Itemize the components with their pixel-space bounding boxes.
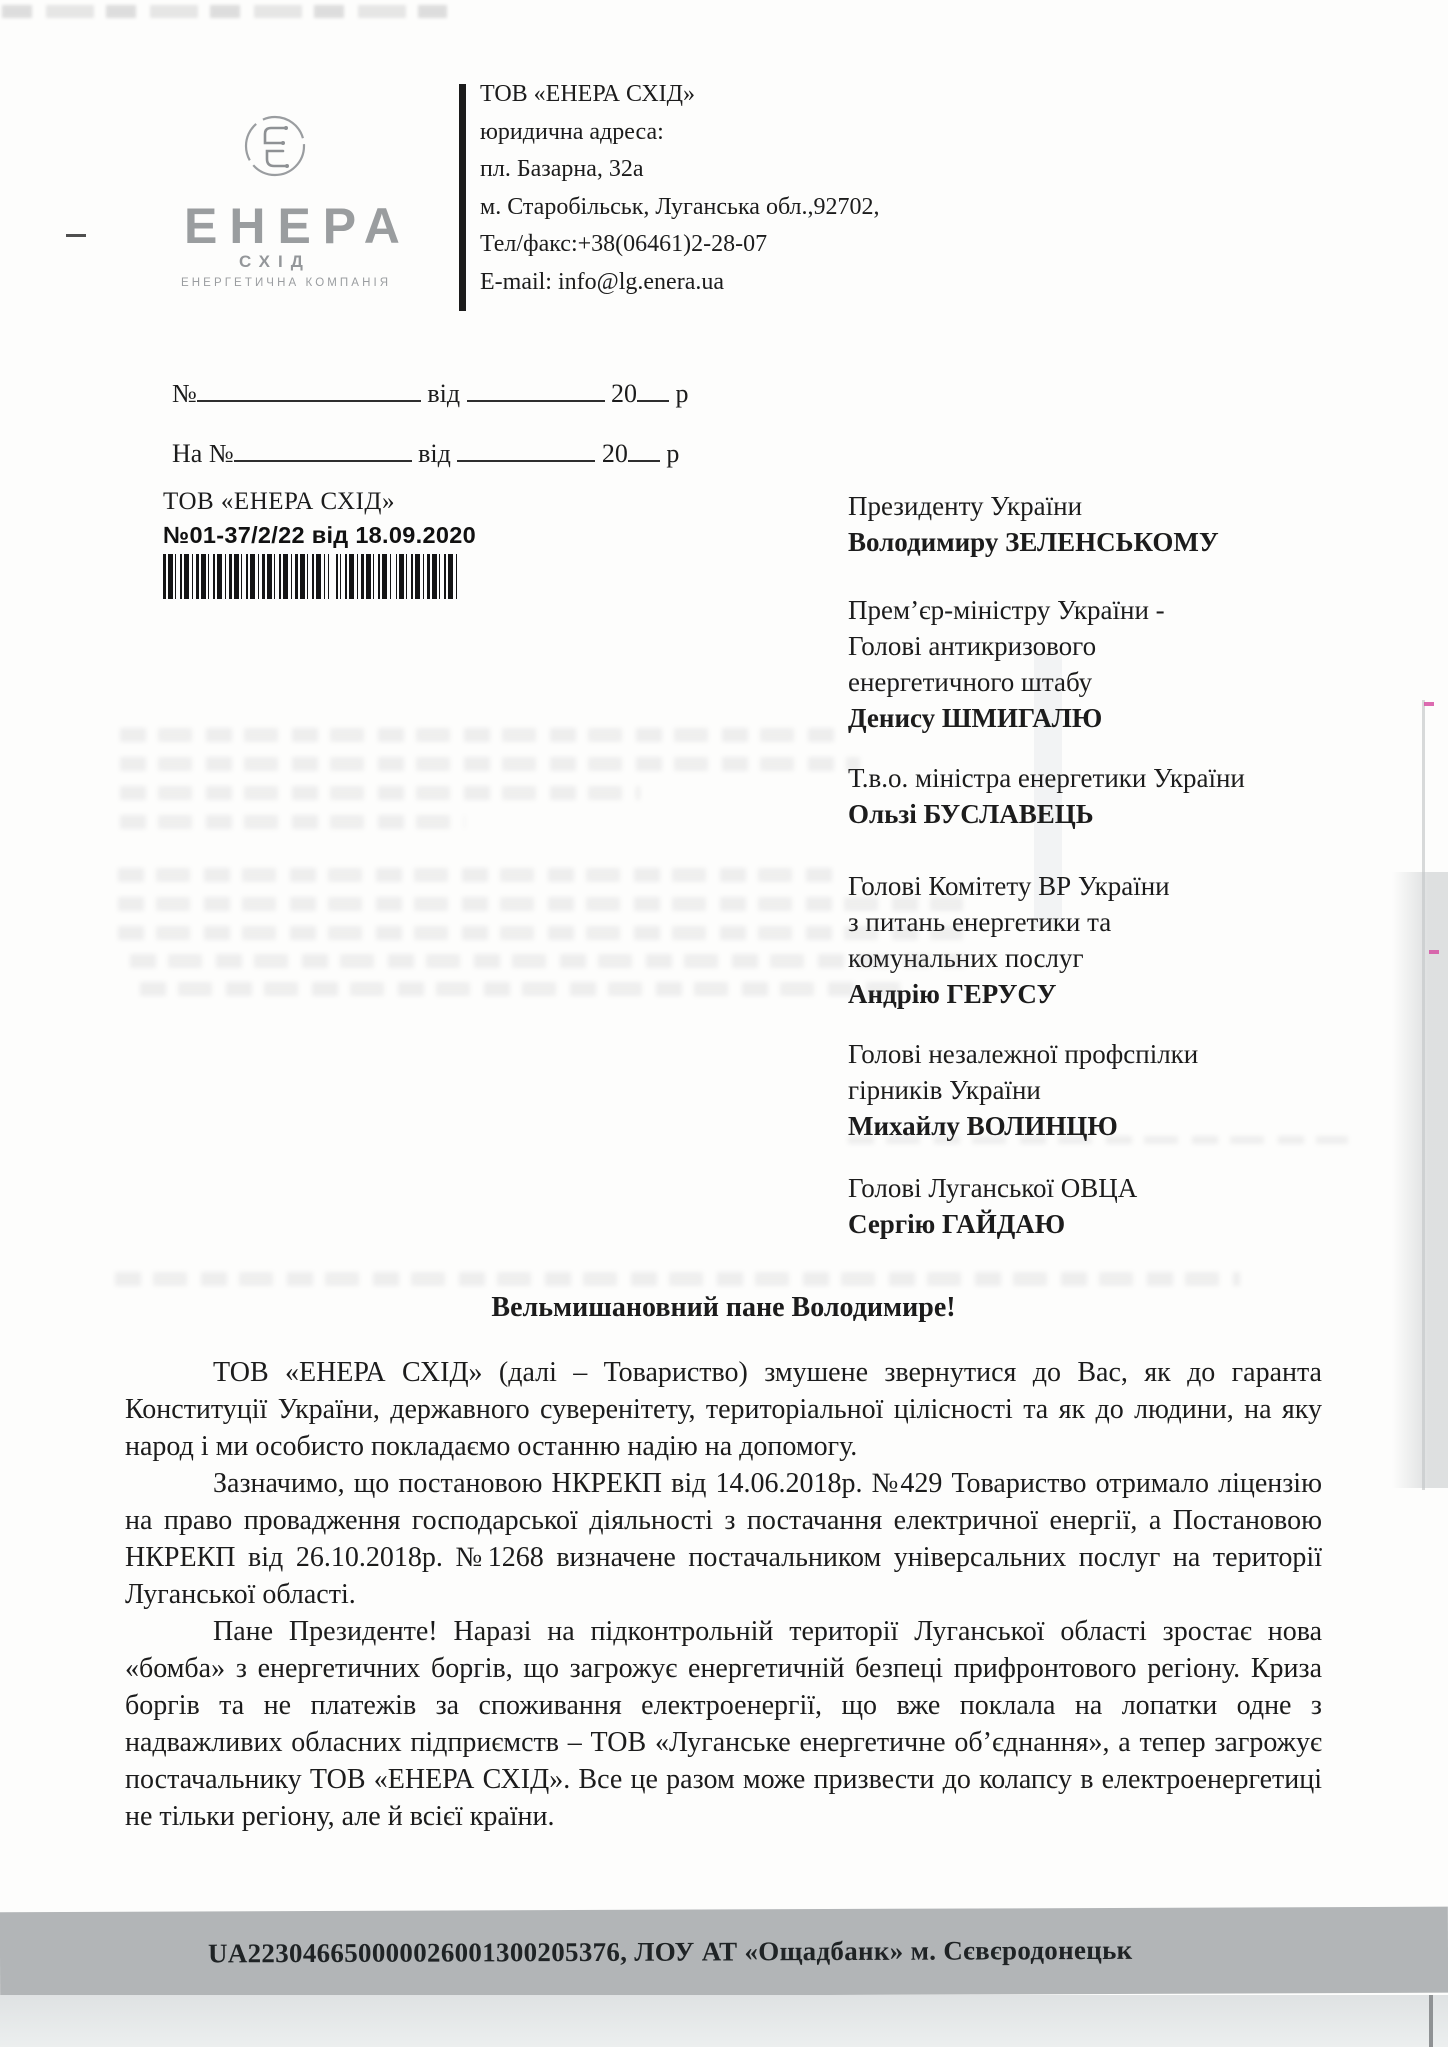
footer-bank-text: UA223046650000026001300205376, ЛОУ АТ «О… [208,1908,1133,1998]
ref-vid-label: від [418,439,451,468]
recipient-title-line: Голові антикризового [848,628,1165,664]
scan-bottom-strip [0,1995,1448,2047]
company-email-line: E-mail: info@lg.enera.ua [480,264,880,302]
blank-underline [637,374,669,402]
bleed-through-artifact [118,868,836,882]
logo-tagline-text: ЕНЕРГЕТИЧНА КОМПАНІЯ [181,277,391,289]
letterhead-divider [459,84,466,311]
bleed-through-artifact [120,728,835,742]
company-street-line: пл. Базарна, 32а [480,151,880,189]
letter-body: ТОВ «ЕНЕРА СХІД» (далі – Товариство) зму… [125,1354,1322,1835]
company-phone-line: Тел/факс:+38(06461)2-28-07 [480,226,880,264]
bleed-through-artifact [115,1272,1240,1286]
recipient-title-line: Т.в.о. міністра енергетики України [848,760,1245,796]
scan-smudge-artifact [2,5,447,18]
ref-year-label: 20 [602,439,628,468]
blank-underline [467,374,605,402]
company-info-block: ТОВ «ЕНЕРА СХІД» юридична адреса: пл. Ба… [480,76,880,301]
ref-year-label: 20 [611,379,637,408]
recipient-name: Володимиру ЗЕЛЕНСЬКОМУ [848,524,1219,560]
blank-underline [457,434,595,462]
bleed-through-artifact [140,982,900,996]
logo-brand-text: ЕНЕРА [184,197,412,255]
body-paragraph: ТОВ «ЕНЕРА СХІД» (далі – Товариство) зму… [125,1354,1322,1465]
recipient-title-line: Прем’єр-міністру України - [848,592,1165,628]
bleed-through-artifact [848,1136,1348,1144]
pink-mark-artifact [1424,702,1434,706]
stamp-number-text: №01-37/2/22 від 18.09.2020 [163,522,476,549]
bleed-through-artifact [130,954,965,968]
pink-mark-artifact [1429,950,1439,954]
recipient-title-line: енергетичного штабу [848,664,1165,700]
stamp-company-text: ТОВ «ЕНЕРА СХІД» [163,488,395,516]
barcode [163,554,457,599]
body-paragraph: Пане Президенте! Наразі на підконтрольні… [125,1613,1322,1835]
ref-r-label: р [676,379,689,408]
reference-line-outgoing: № від 20 р [172,374,689,409]
ref-no-label: На № [172,439,234,468]
recipient-title-line: Голові незалежної профспілки [848,1036,1198,1072]
footer-bank-bar: UA223046650000026001300205376, ЛОУ АТ «О… [0,1907,1448,1999]
salutation: Вельмишановний пане Володимире! [125,1292,1322,1324]
reference-line-incoming: На № від 20 р [172,434,679,469]
bleed-through-artifact [120,757,860,771]
recipient-title-line: Голові Луганської ОВЦА [848,1170,1137,1206]
recipient-block: Голові незалежної профспілки гірників Ук… [848,1036,1198,1144]
page-edge-line [1422,700,1425,1490]
recipient-block: Прем’єр-міністру України - Голові антикр… [848,592,1165,736]
scan-bottom-edge-line [1429,1995,1433,2047]
page-edge-shadow [1392,872,1448,1488]
recipient-title-line: Президенту України [848,488,1219,524]
recipient-name: Сергію ГАЙДАЮ [848,1206,1137,1242]
blank-underline [234,434,412,462]
bleed-through-artifact [118,926,963,940]
recipient-block: Президенту України Володимиру ЗЕЛЕНСЬКОМ… [848,488,1219,560]
ref-r-label: р [666,439,679,468]
margin-dash-artifact [66,234,86,237]
bleed-through-artifact [120,815,465,829]
company-name-line: ТОВ «ЕНЕРА СХІД» [480,76,880,114]
logo-subtitle-text: СХІД [239,252,311,272]
bleed-through-artifact [120,786,640,800]
body-paragraph: Зазначимо, що постановою НКРЕКП від 14.0… [125,1465,1322,1613]
blank-underline [628,434,660,462]
company-address-label: юридична адреса: [480,114,880,152]
enera-logo-icon [240,104,310,188]
recipient-block: Т.в.о. міністра енергетики України Ользі… [848,760,1245,832]
bleed-through-artifact [118,897,963,911]
blank-underline [197,374,421,402]
recipient-name: Денису ШМИГАЛЮ [848,700,1165,736]
recipient-block: Голові Луганської ОВЦА Сергію ГАЙДАЮ [848,1170,1137,1242]
ref-no-label: № [172,379,197,408]
company-city-line: м. Старобільськ, Луганська обл.,92702, [480,189,880,227]
recipient-name: Ользі БУСЛАВЕЦЬ [848,796,1245,832]
scanned-letter-page: ЕНЕРА СХІД ЕНЕРГЕТИЧНА КОМПАНІЯ ТОВ «ЕНЕ… [0,0,1448,2047]
ref-vid-label: від [427,379,460,408]
recipient-title-line: гірників України [848,1072,1198,1108]
